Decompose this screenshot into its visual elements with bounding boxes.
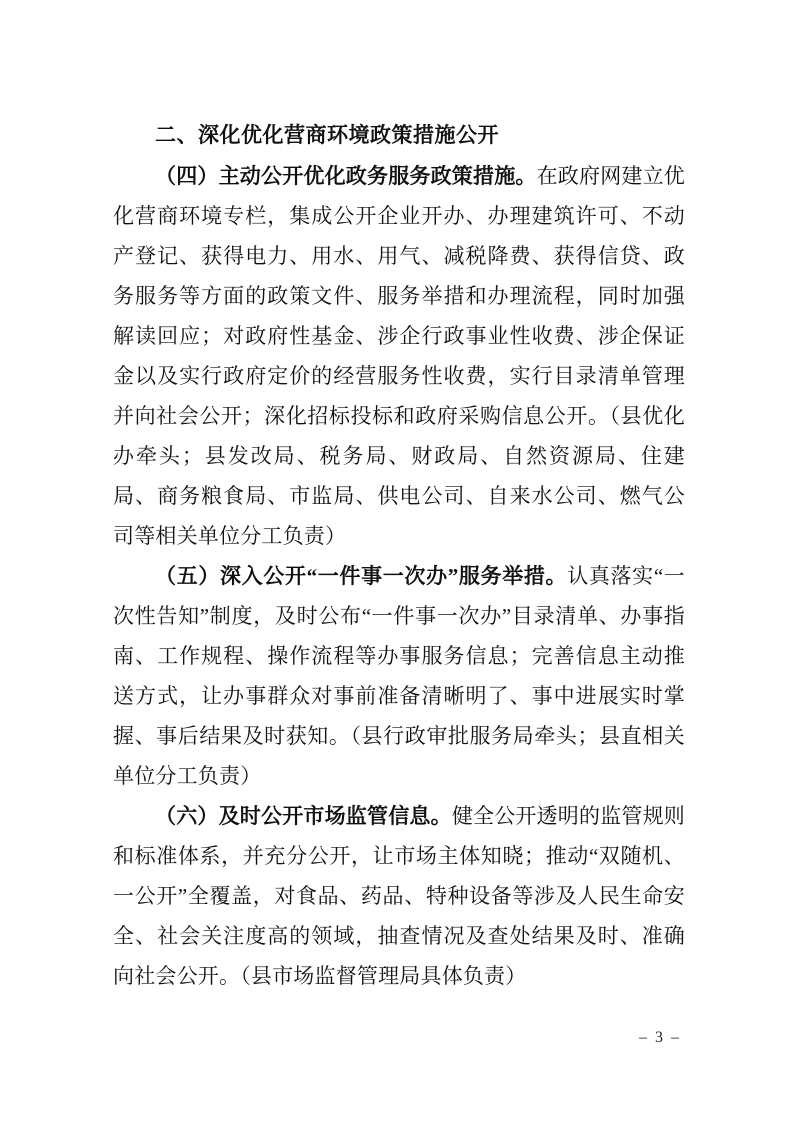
section-heading: 二、深化优化营商环境政策措施公开 bbox=[113, 116, 685, 156]
paragraph-body: 健全公开透明的监管规则和标准体系，并充分公开，让市场主体知晓；推动“双随机、一公… bbox=[113, 804, 685, 988]
page-number: – 3 – bbox=[639, 1028, 681, 1048]
paragraph-body: 在政府网建立优化营商环境专栏，集成公开企业开办、办理建筑许可、不动产登记、获得电… bbox=[113, 164, 685, 548]
paragraph-body: 认真落实“一次性告知”制度，及时公布“一件事一次办”目录清单、办事指南、工作规程… bbox=[113, 564, 685, 788]
paragraph-lead: （六）及时公开市场监管信息。 bbox=[155, 804, 452, 828]
paragraph-lead: （四）主动公开优化政务服务政策措施。 bbox=[155, 164, 537, 188]
paragraph-item-6: （六）及时公开市场监管信息。健全公开透明的监管规则和标准体系，并充分公开，让市场… bbox=[113, 796, 685, 996]
paragraph-item-4: （四）主动公开优化政务服务政策措施。在政府网建立优化营商环境专栏，集成公开企业开… bbox=[113, 156, 685, 556]
document-body: 二、深化优化营商环境政策措施公开 （四）主动公开优化政务服务政策措施。在政府网建… bbox=[113, 116, 685, 996]
paragraph-item-5: （五）深入公开“一件事一次办”服务举措。认真落实“一次性告知”制度，及时公布“一… bbox=[113, 556, 685, 796]
paragraph-lead: （五）深入公开“一件事一次办”服务举措。 bbox=[155, 564, 567, 588]
document-page: 二、深化优化营商环境政策措施公开 （四）主动公开优化政务服务政策措施。在政府网建… bbox=[0, 0, 793, 1122]
